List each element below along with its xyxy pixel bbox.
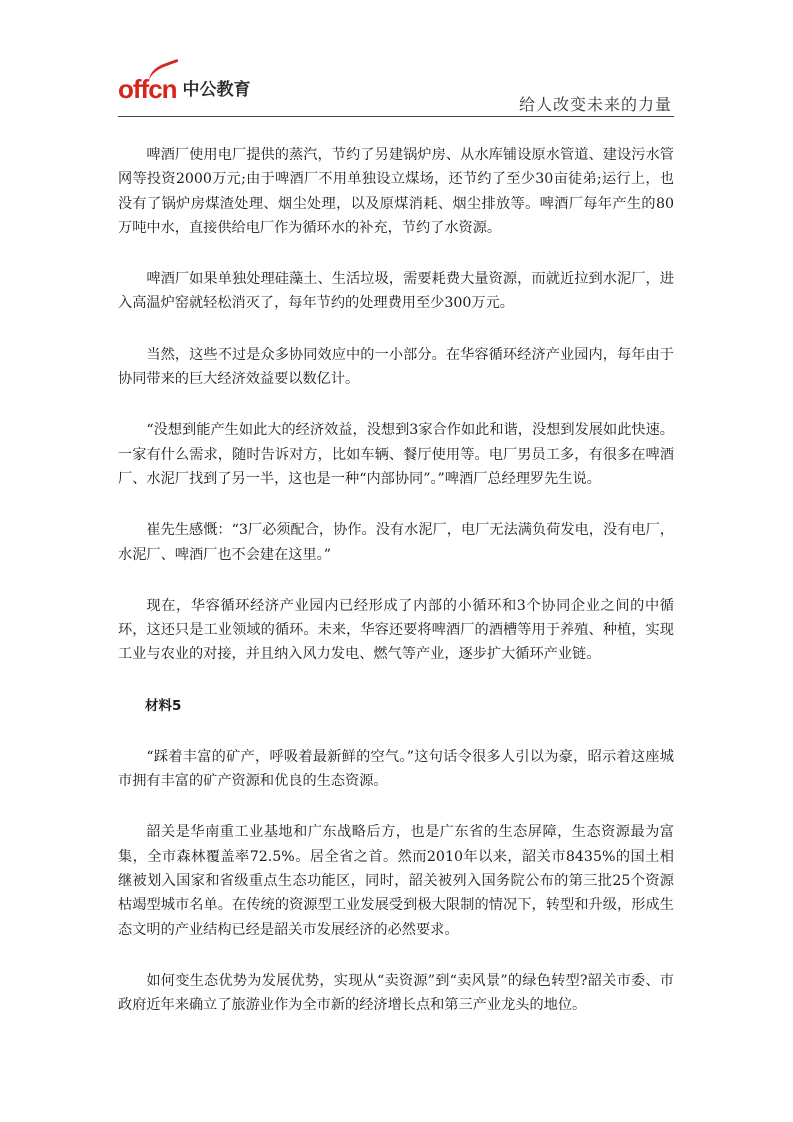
paragraph: 韶关是华南重工业基地和广东战略后方，也是广东省的生态屏障，生态资源最为富集，全市…	[118, 820, 674, 941]
paragraph: 崔先生感慨：“3厂必须配合，协作。没有水泥厂，电厂无法满负荷发电，没有电厂，水泥…	[118, 518, 674, 567]
document-body: 啤酒厂使用电厂提供的蒸汽，节约了另建锅炉房、从水库铺设原水管道、建设污水管网等投…	[118, 143, 674, 1044]
section-title: 材料5	[118, 694, 674, 718]
paragraph: 现在，华容循环经济产业园内已经形成了内部的小循环和3个协同企业之间的中循环，这还…	[118, 594, 674, 667]
header-divider	[118, 116, 674, 117]
logo-swoosh-icon	[145, 59, 184, 90]
paragraph: “没想到能产生如此大的经济效益，没想到3家合作如此和谐，没想到发展如此快速。一家…	[118, 418, 674, 491]
paragraph: 当然，这些不过是众多协同效应中的一小部分。在华容循环经济产业园内，每年由于协同带…	[118, 343, 674, 392]
paragraph: 啤酒厂使用电厂提供的蒸汽，节约了另建锅炉房、从水库铺设原水管道、建设污水管网等投…	[118, 143, 674, 240]
paragraph: “踩着丰富的矿产，呼吸着最新鲜的空气。”这句话令很多人引以为豪，昭示着这座城市拥…	[118, 745, 674, 794]
page-header: offcn 中公教育 给人改变未来的力量	[118, 62, 674, 116]
header-slogan: 给人改变未来的力量	[519, 92, 672, 115]
logo-mark: offcn	[118, 76, 177, 102]
paragraph: 如何变生态优势为发展优势，实现从“卖资源”到“卖风景”的绿色转型?韶关市委、市政…	[118, 969, 674, 1018]
paragraph: 啤酒厂如果单独处理硅藻土、生活垃圾，需要耗费大量资源，而就近拉到水泥厂，进入高温…	[118, 267, 674, 316]
offcn-logo: offcn 中公教育	[118, 62, 251, 102]
logo-chinese-name: 中公教育	[183, 78, 251, 102]
